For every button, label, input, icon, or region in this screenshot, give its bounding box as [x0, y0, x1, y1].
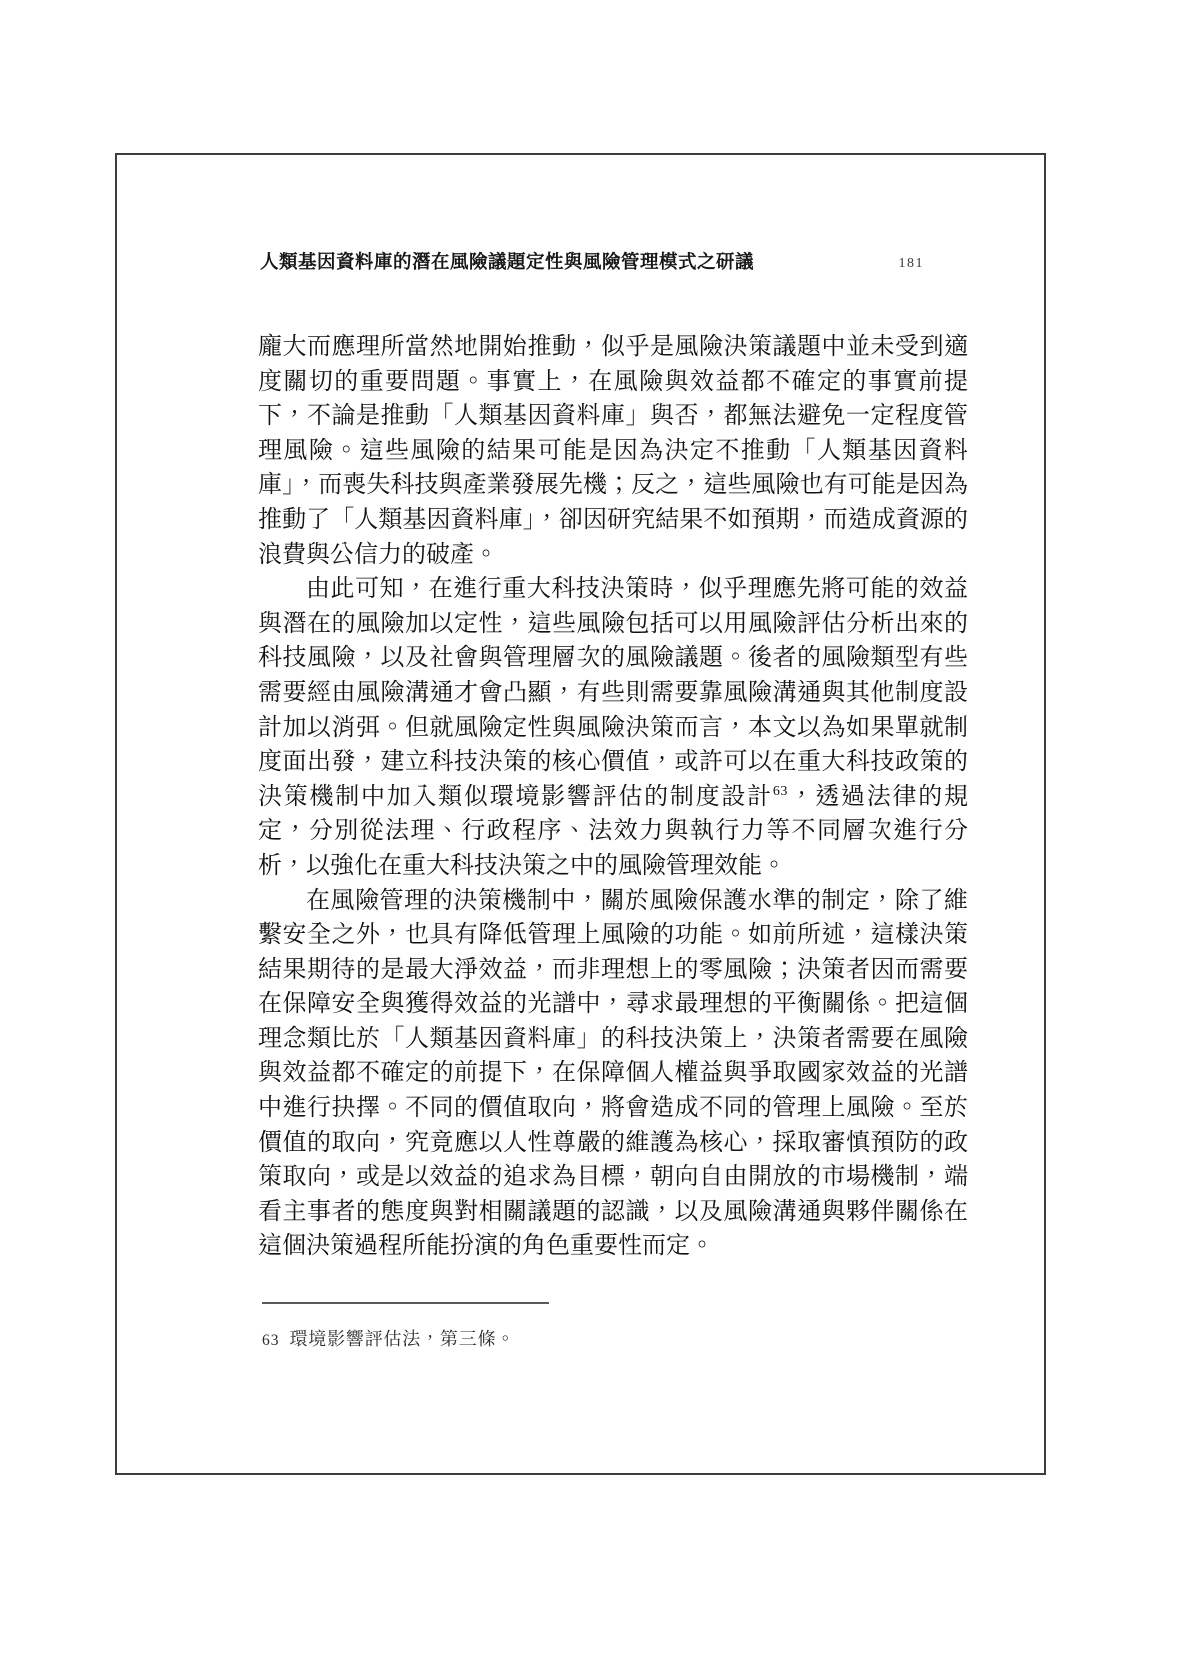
- footnote-ref-63: 63: [773, 784, 788, 799]
- footnote: 63環境影響評估法，第三條。: [262, 1326, 902, 1354]
- paragraph-2-text-before-note: 由此可知，在進行重大科技決策時，似乎理應先將可能的效益與潛在的風險加以定性，這些…: [258, 575, 968, 810]
- footnote-separator: [262, 1302, 549, 1304]
- body-paragraph-3: 在風險管理的決策機制中，關於風險保護水準的制定，除了維繫安全之外，也具有降低管理…: [258, 884, 968, 1265]
- footnote-text: 環境影響評估法，第三條。: [290, 1329, 516, 1349]
- body-paragraph-2: 由此可知，在進行重大科技決策時，似乎理應先將可能的效益與潛在的風險加以定性，這些…: [258, 572, 968, 883]
- running-header-title: 人類基因資料庫的潛在風險議題定性與風險管理模式之研議: [260, 248, 754, 274]
- footnote-number: 63: [262, 1332, 280, 1349]
- page-number: 181: [899, 248, 971, 272]
- running-header: 人類基因資料庫的潛在風險議題定性與風險管理模式之研議 181: [260, 248, 970, 274]
- scanned-page: 人類基因資料庫的潛在風險議題定性與風險管理模式之研議 181 龐大而應理所當然地…: [0, 0, 1177, 1664]
- body-paragraph-1: 龐大而應理所當然地開始推動，似乎是風險決策議題中並未受到適度關切的重要問題。事實…: [258, 330, 968, 572]
- body-text-block: 龐大而應理所當然地開始推動，似乎是風險決策議題中並未受到適度關切的重要問題。事實…: [258, 330, 968, 1264]
